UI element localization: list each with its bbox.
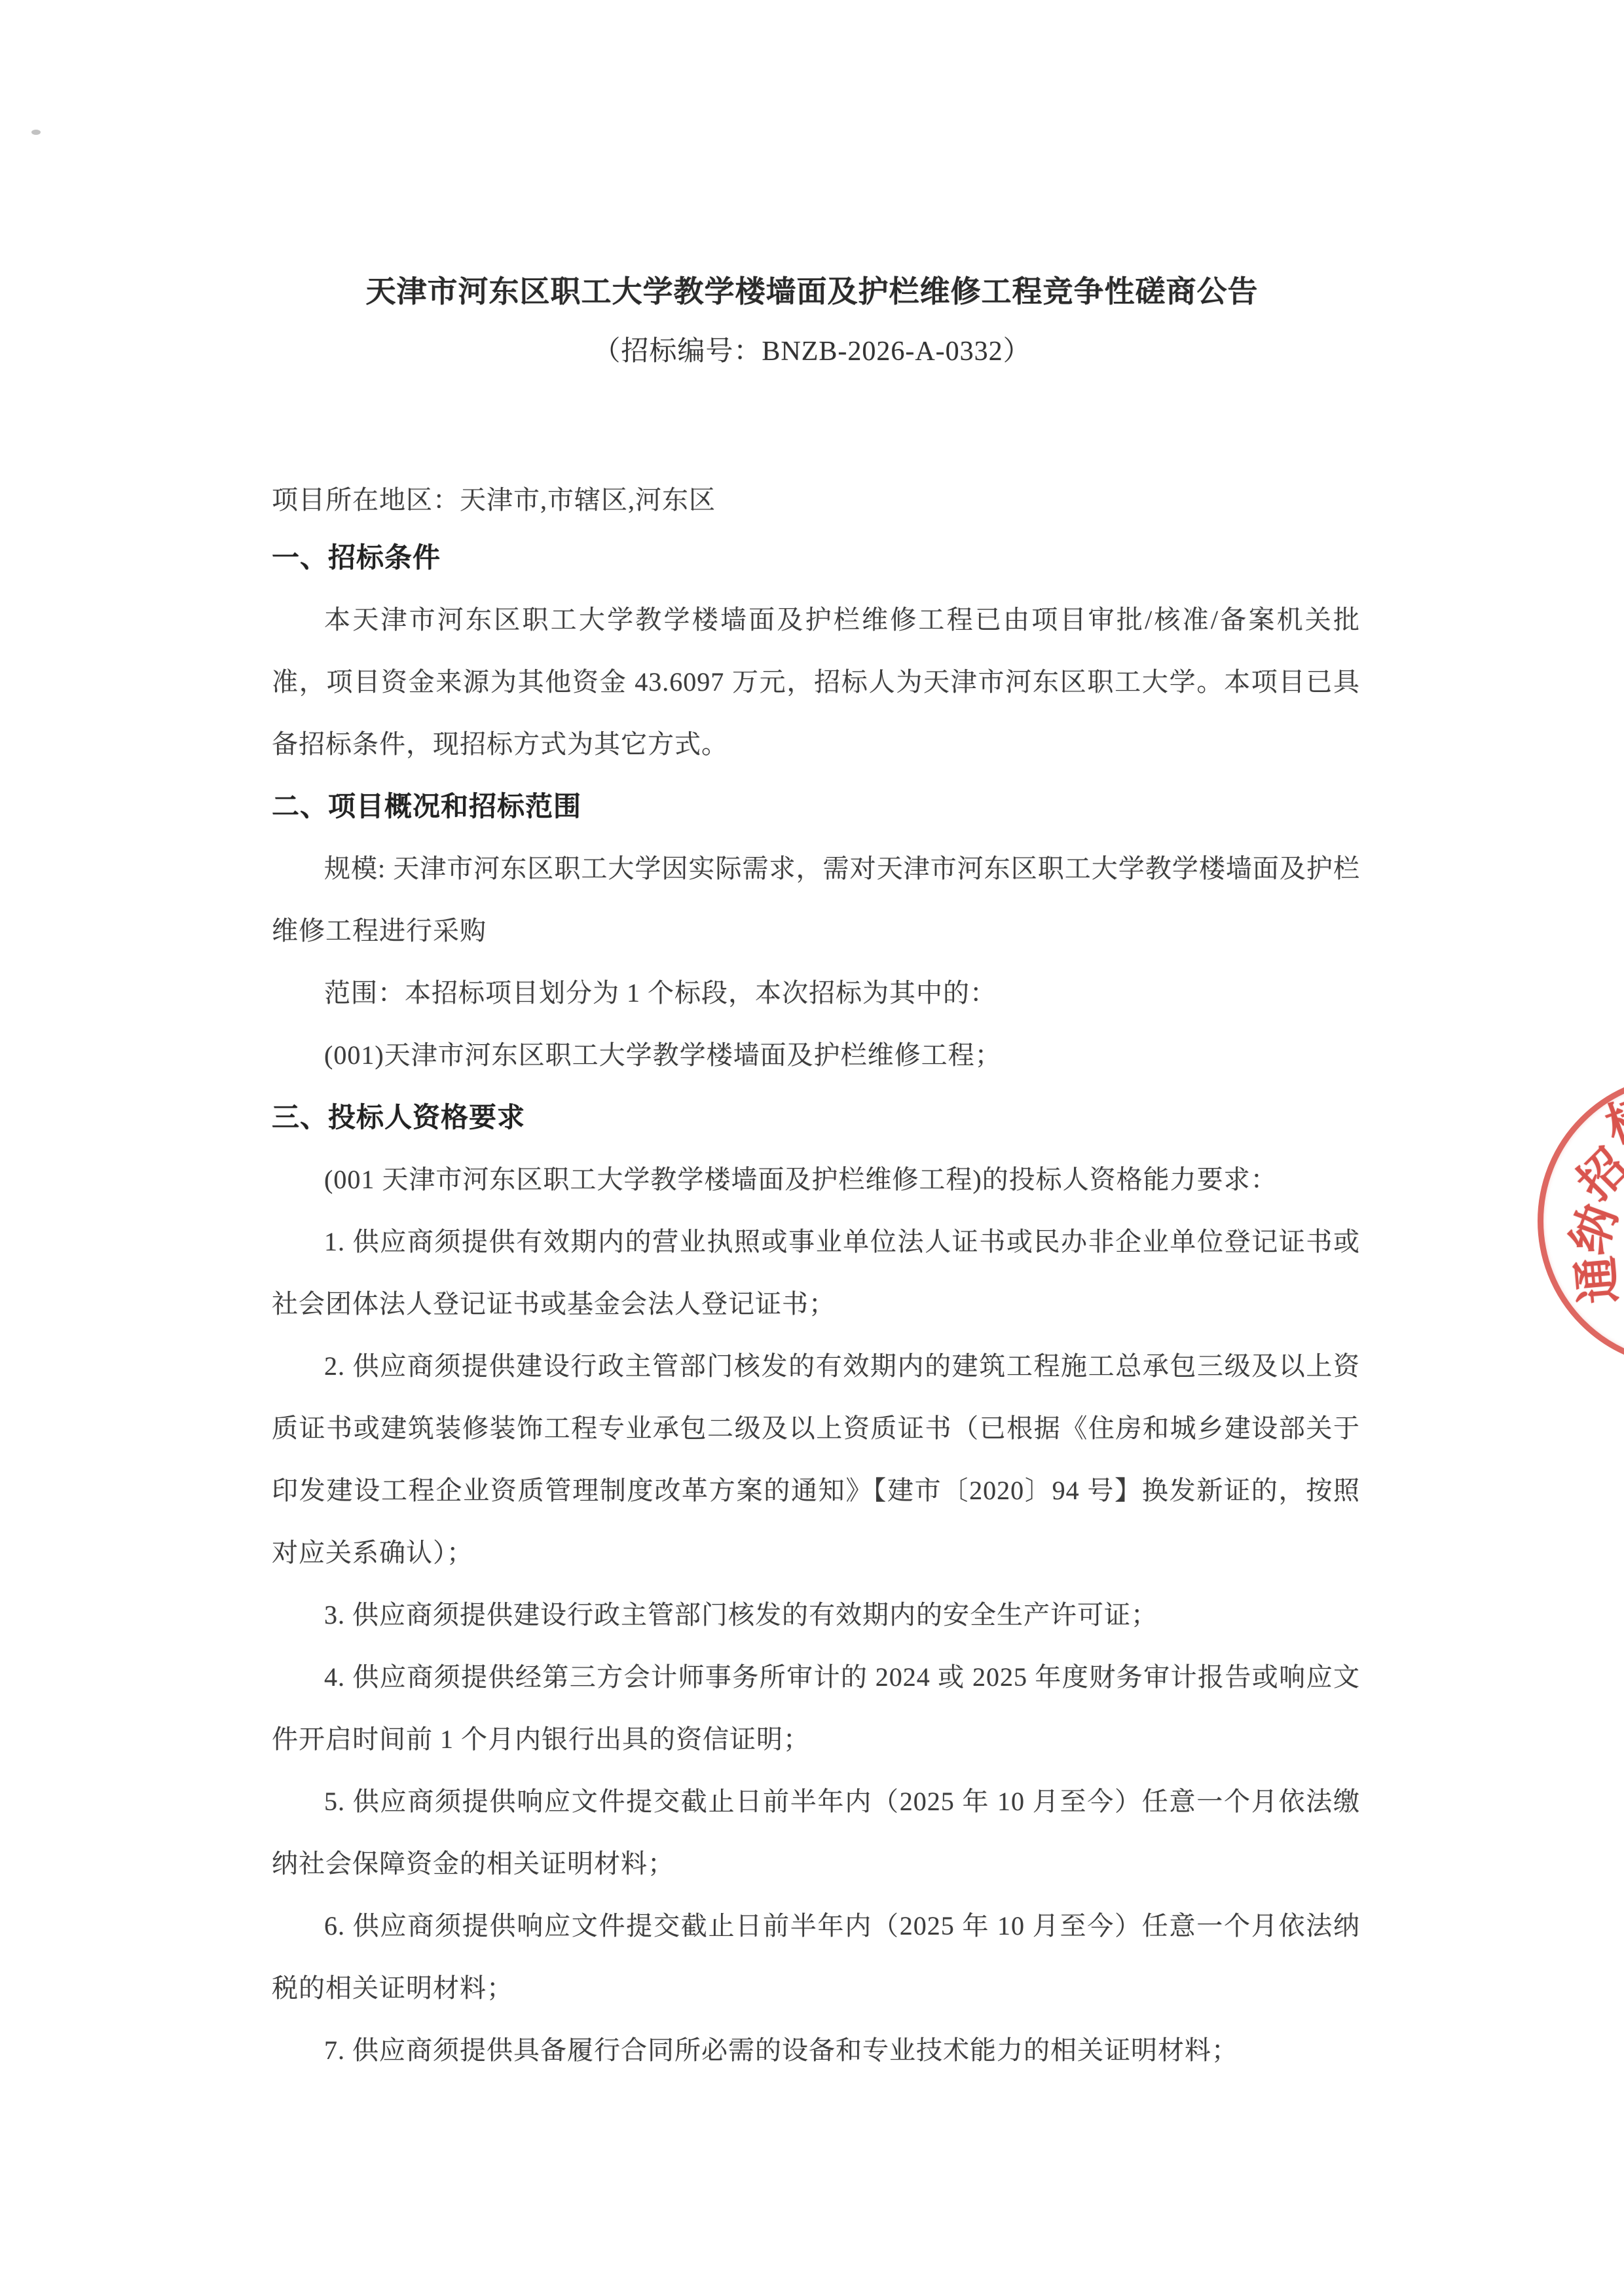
qualification-item-7: 7. 供应商须提供具备履行合同所必需的设备和专业技术能力的相关证明材料； <box>272 2019 1360 2081</box>
project-location-line: 项目所在地区：天津市,市辖区,河东区 <box>272 469 1360 531</box>
qualification-item-5: 5. 供应商须提供响应文件提交截止日前半年内（2025 年 10 月至今）任意一… <box>272 1770 1360 1895</box>
tender-conditions-paragraph: 本天津市河东区职工大学教学楼墙面及护栏维修工程已由项目审批/核准/备案机关批准，… <box>272 589 1360 775</box>
page-title: 天津市河东区职工大学教学楼墙面及护栏维修工程竞争性磋商公告 <box>0 261 1624 323</box>
qualification-item-4: 4. 供应商须提供经第三方会计师事务所审计的 2024 或 2025 年度财务审… <box>272 1646 1360 1770</box>
project-scope-paragraph: 范围：本招标项目划分为 1 个标段，本次招标为其中的： <box>272 962 1360 1024</box>
tender-number-line: （招标编号：BNZB-2026-A-0332） <box>0 321 1624 383</box>
lot-001-line: (001)天津市河东区职工大学教学楼墙面及护栏维修工程； <box>272 1024 1360 1086</box>
qualification-item-3: 3. 供应商须提供建设行政主管部门核发的有效期内的安全生产许可证； <box>272 1584 1360 1646</box>
project-scale-paragraph: 规模: 天津市河东区职工大学因实际需求，需对天津市河东区职工大学教学楼墙面及护栏… <box>272 837 1360 962</box>
section-heading-project-overview: 二、项目概况和招标范围 <box>272 775 1360 837</box>
qualification-intro-line: (001 天津市河东区职工大学教学楼墙面及护栏维修工程)的投标人资格能力要求： <box>272 1148 1360 1211</box>
qualification-item-2: 2. 供应商须提供建设行政主管部门核发的有效期内的建筑工程施工总承包三级及以上资… <box>272 1335 1360 1584</box>
scanned-document-page: 天津市河东区职工大学教学楼墙面及护栏维修工程竞争性磋商公告 （招标编号：BNZB… <box>0 0 1624 2296</box>
scan-artifact-speck <box>31 130 41 135</box>
red-seal-stamp-char: 通 <box>1570 1252 1624 1309</box>
section-heading-bidder-qualifications: 三、投标人资格要求 <box>272 1086 1360 1148</box>
qualification-item-6: 6. 供应商须提供响应文件提交截止日前半年内（2025 年 10 月至今）任意一… <box>272 1895 1360 2019</box>
qualification-item-1: 1. 供应商须提供有效期内的营业执照或事业单位法人证书或民办非企业单位登记证书或… <box>272 1211 1360 1335</box>
section-heading-tender-conditions: 一、招标条件 <box>272 526 1360 589</box>
